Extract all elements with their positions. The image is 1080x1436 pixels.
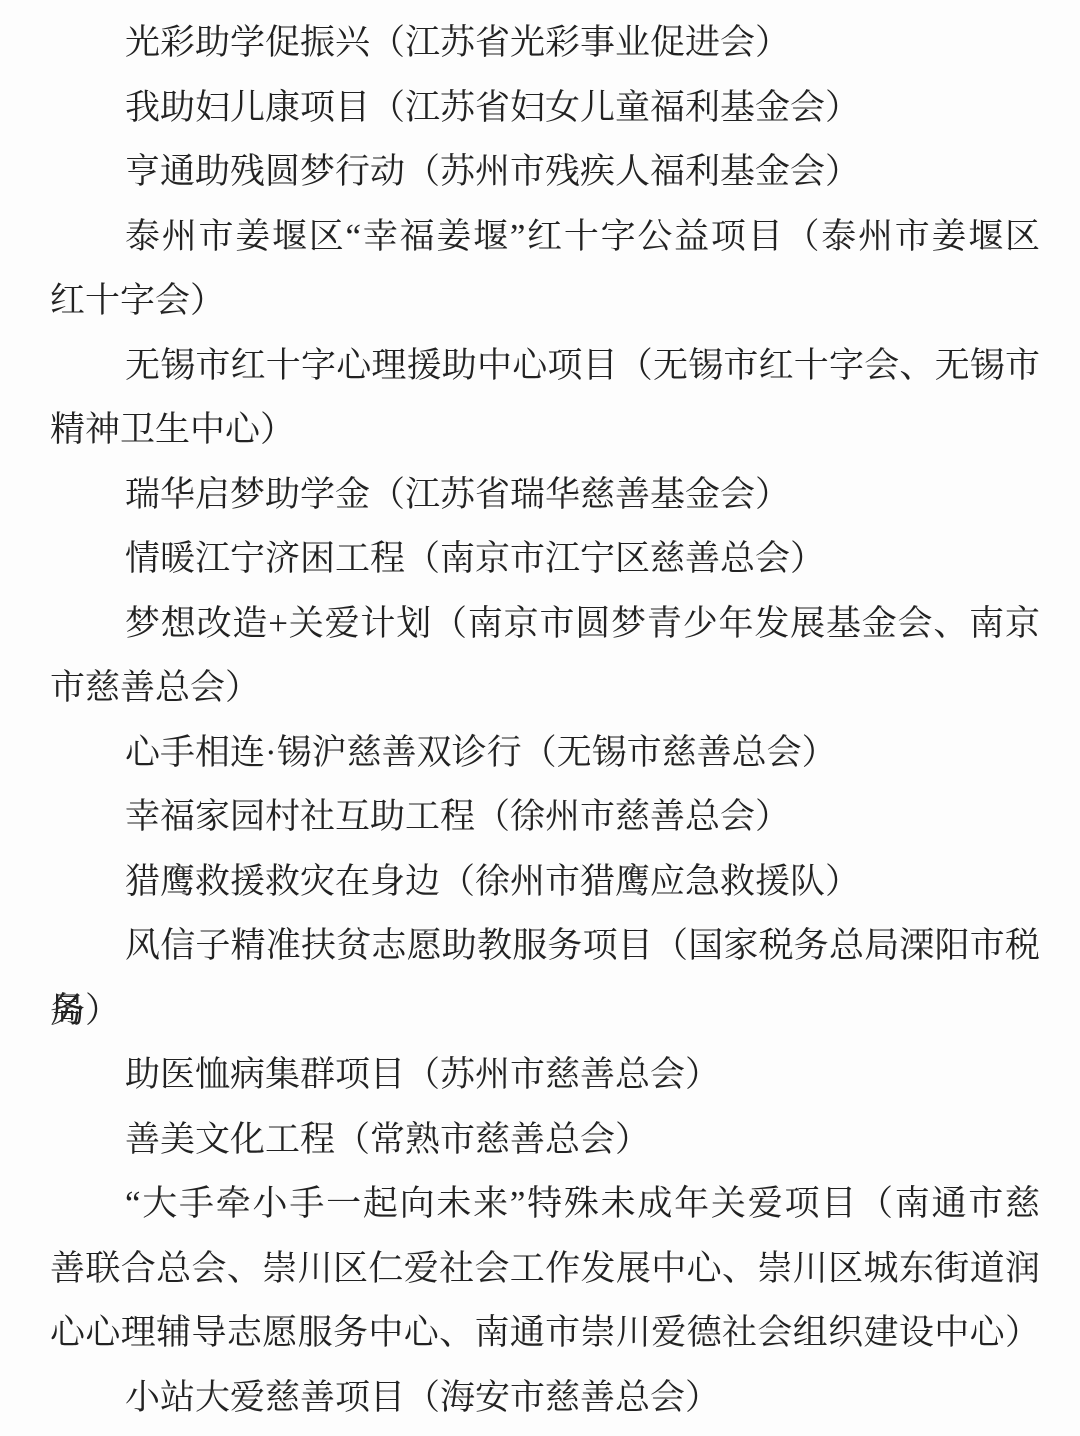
text-line: 风信子精准扶贫志愿助教服务项目（国家税务总局溧阳市税务 xyxy=(50,914,1040,979)
text-line: 情暖江宁济困工程（南京市江宁区慈善总会） xyxy=(50,527,1040,592)
text-line: 红十字会） xyxy=(50,269,1040,334)
text-line: 精神卫生中心） xyxy=(50,398,1040,463)
text-line: 亨通助残圆梦行动（苏州市残疾人福利基金会） xyxy=(50,140,1040,205)
text-line: 瑞华启梦助学金（江苏省瑞华慈善基金会） xyxy=(50,463,1040,528)
text-line: 善联合总会、崇川区仁爱社会工作发展中心、崇川区城东街道润 xyxy=(50,1237,1040,1302)
text-line: 光彩助学促振兴（江苏省光彩事业促进会） xyxy=(50,11,1040,76)
text-line: 善美文化工程（常熟市慈善总会） xyxy=(50,1108,1040,1173)
text-line: 梦想改造+关爱计划（南京市圆梦青少年发展基金会、南京 xyxy=(50,592,1040,657)
text-line: “大手牵小手一起向未来”特殊未成年关爱项目（南通市慈 xyxy=(50,1172,1040,1237)
text-line: 局） xyxy=(50,979,1040,1044)
text-line: 心手相连·锡沪慈善双诊行（无锡市慈善总会） xyxy=(50,721,1040,786)
charity-project-list-page: 光彩助学促振兴（江苏省光彩事业促进会）我助妇儿康项目（江苏省妇女儿童福利基金会）… xyxy=(0,0,1080,1436)
text-line: 市慈善总会） xyxy=(50,656,1040,721)
text-line: 小站大爱慈善项目（海安市慈善总会） xyxy=(50,1366,1040,1431)
text-line: 无锡市红十字心理援助中心项目（无锡市红十字会、无锡市 xyxy=(50,334,1040,399)
text-line: 泰州市姜堰区“幸福姜堰”红十字公益项目（泰州市姜堰区 xyxy=(50,205,1040,270)
text-line: 助医恤病集群项目（苏州市慈善总会） xyxy=(50,1043,1040,1108)
text-line: 猎鹰救援救灾在身边（徐州市猎鹰应急救援队） xyxy=(50,850,1040,915)
text-line: 心心理辅导志愿服务中心、南通市崇川爱德社会组织建设中心） xyxy=(50,1301,1040,1366)
text-line: 幸福家园村社互助工程（徐州市慈善总会） xyxy=(50,785,1040,850)
text-line: 我助妇儿康项目（江苏省妇女儿童福利基金会） xyxy=(50,76,1040,141)
